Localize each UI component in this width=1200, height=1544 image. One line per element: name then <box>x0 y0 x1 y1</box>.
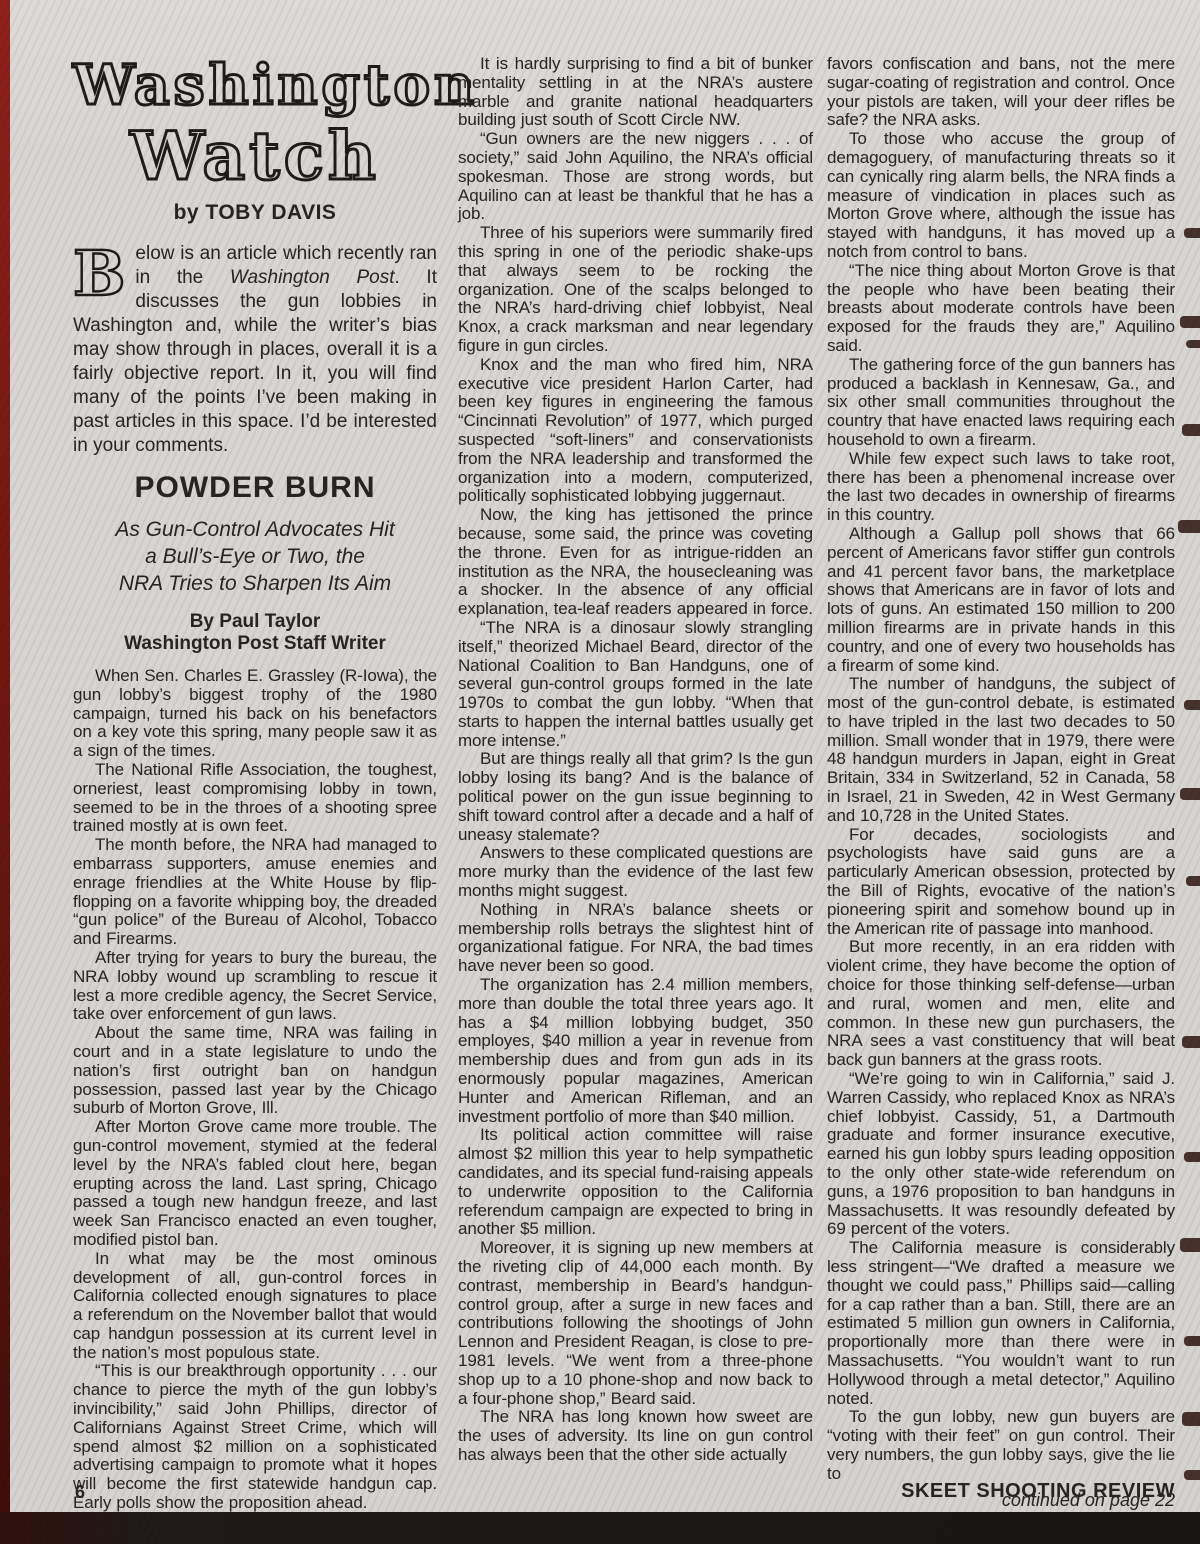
column-1: Washington Watch by TOBY DAVIS Below is … <box>73 40 437 1513</box>
paragraph: Now, the king has jettisoned the prince … <box>458 506 813 619</box>
paragraph: But are things really all that grim? Is … <box>458 750 813 844</box>
publication-name: SKEET SHOOTING REVIEW <box>901 1480 1175 1503</box>
article-column-1-text: When Sen. Charles E. Grassley (R-Iowa), … <box>73 667 437 1513</box>
paragraph: After trying for years to bury the burea… <box>73 949 437 1024</box>
paragraph: “This is our breakthrough opportunity . … <box>73 1362 437 1512</box>
magazine-page: Washington Watch by TOBY DAVIS Below is … <box>0 0 1200 1544</box>
paragraph: For decades, sociologists and psychologi… <box>827 826 1175 939</box>
paragraph: Three of his superiors were summarily fi… <box>458 224 813 356</box>
drop-cap: B <box>73 242 135 302</box>
ink-smudge <box>1184 1152 1200 1162</box>
paragraph: Answers to these complicated questions a… <box>458 844 813 900</box>
masthead-title-line2: Watch <box>73 118 437 194</box>
ink-smudge <box>1178 520 1200 533</box>
ink-smudge <box>1180 1238 1200 1252</box>
article-author: By Paul Taylor <box>73 611 437 633</box>
paragraph: Although a Gallup poll shows that 66 per… <box>827 525 1175 675</box>
ink-smudge <box>1186 340 1200 348</box>
paragraph: The California measure is considerably l… <box>827 1239 1175 1408</box>
paragraph: When Sen. Charles E. Grassley (R-Iowa), … <box>73 667 437 761</box>
columnist-byline: by TOBY DAVIS <box>73 200 437 226</box>
article-author-title: Washington Post Staff Writer <box>73 633 437 655</box>
paragraph: It is hardly surprising to find a bit of… <box>458 55 813 130</box>
ink-smudge <box>1184 1336 1200 1346</box>
article-headline: POWDER BURN <box>73 472 437 504</box>
paragraph: “We’re going to win in California,” said… <box>827 1070 1175 1239</box>
paragraph: But more recently, in an era ridden with… <box>827 938 1175 1070</box>
paragraph: The National Rifle Association, the toug… <box>73 761 437 836</box>
column-3: favors confiscation and bans, not the me… <box>827 55 1175 1511</box>
paragraph: In what may be the most ominous developm… <box>73 1250 437 1363</box>
page-number: 6 <box>75 1482 85 1503</box>
page-bottom-edge <box>0 1512 1200 1544</box>
paragraph: While few expect such laws to take root,… <box>827 450 1175 525</box>
paragraph: The month before, the NRA had managed to… <box>73 836 437 949</box>
paragraph: The organization has 2.4 million members… <box>458 976 813 1126</box>
masthead-title-line1: Washington <box>73 52 437 118</box>
paragraph: The gathering force of the gun banners h… <box>827 356 1175 450</box>
ink-smudge <box>1184 228 1200 238</box>
paragraph: “The nice thing about Morton Grove is th… <box>827 262 1175 356</box>
paragraph: favors confiscation and bans, not the me… <box>827 55 1175 130</box>
intro-italic-title: Washington Post <box>230 267 395 288</box>
paragraph: About the same time, NRA was failing in … <box>73 1024 437 1118</box>
article-column-2-text: It is hardly surprising to find a bit of… <box>458 55 813 1465</box>
paragraph: Moreover, it is signing up new members a… <box>458 1239 813 1408</box>
column-2: It is hardly surprising to find a bit of… <box>458 55 813 1465</box>
editor-intro: Below is an article which recently ran i… <box>73 242 437 458</box>
article-column-3-text: favors confiscation and bans, not the me… <box>827 55 1175 1484</box>
ink-smudge <box>1180 316 1200 328</box>
ink-smudge <box>1184 700 1200 710</box>
paragraph: To the gun lobby, new gun buyers are “vo… <box>827 1408 1175 1483</box>
paragraph: Knox and the man who fired him, NRA exec… <box>458 356 813 506</box>
spine-edge <box>0 0 10 1512</box>
ink-smudge <box>1180 788 1200 800</box>
ink-smudge <box>1184 1470 1200 1480</box>
paragraph: “Gun owners are the new niggers . . . of… <box>458 130 813 224</box>
ink-smudge <box>1186 876 1200 886</box>
paragraph: The number of handguns, the subject of m… <box>827 675 1175 825</box>
paragraph: After Morton Grove came more trouble. Th… <box>73 1118 437 1250</box>
paragraph: “The NRA is a dinosaur slowly strangling… <box>458 619 813 751</box>
ink-smudge <box>1182 1036 1200 1048</box>
article-subtitle: As Gun-Control Advocates Hit a Bull’s-Ey… <box>73 516 437 597</box>
paragraph: Its political action committee will rais… <box>458 1126 813 1239</box>
ink-smudge <box>1182 424 1200 436</box>
paragraph: The NRA has long known how sweet are the… <box>458 1408 813 1464</box>
paragraph: To those who accuse the group of demagog… <box>827 130 1175 262</box>
paragraph: Nothing in NRA’s balance sheets or membe… <box>458 901 813 976</box>
ink-smudge <box>1182 1412 1200 1426</box>
